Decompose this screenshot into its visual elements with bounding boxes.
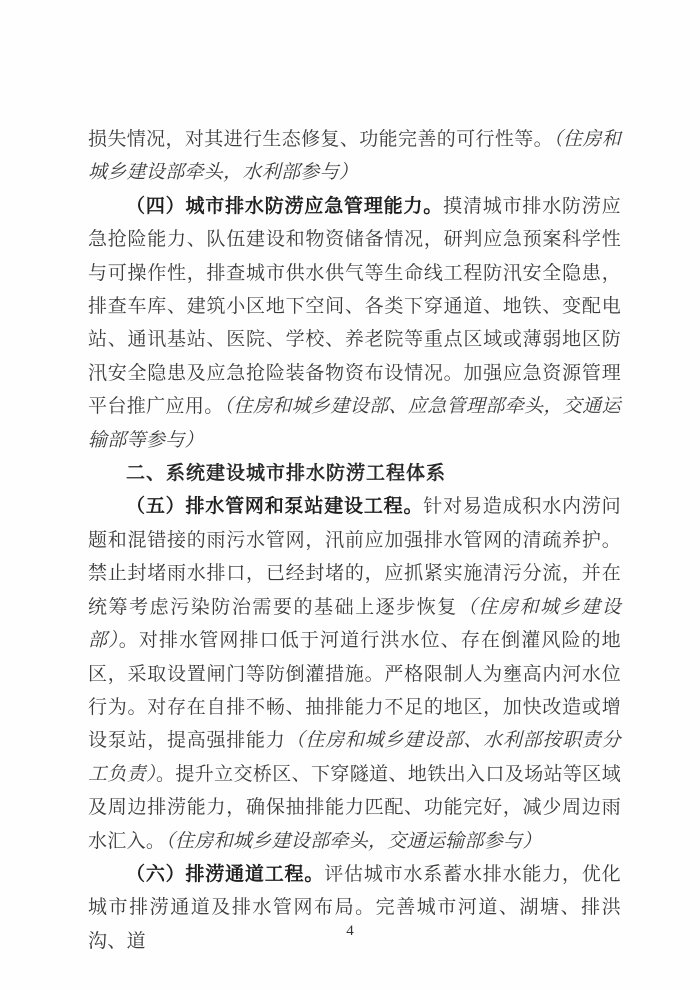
para-clause-6: （六）排涝通道工程。评估城市水系蓄水排水能力，优化城市排涝通道及排水管网布局。完… — [88, 858, 621, 958]
text-segment: 二、系统建设城市排水防涝工程体系 — [126, 463, 446, 484]
text-segment: 摸清城市排水防涝应急抢险能力、队伍建设和物资储备情况，研判应急预案科学性与可操作… — [88, 196, 621, 417]
para-continuation: 损失情况，对其进行生态修复、功能完善的可行性等。（住房和城乡建设部牵头，水利部参… — [88, 123, 621, 190]
document-page: 损失情况，对其进行生态修复、功能完善的可行性等。（住房和城乡建设部牵头，水利部参… — [0, 0, 700, 990]
text-segment: （住房和城乡建设部牵头，交通运输部参与） — [165, 831, 542, 852]
text-segment: （五）排水管网和泵站建设工程。 — [126, 496, 423, 517]
text-segment: 损失情况，对其进行生态修复、功能完善的可行性等。 — [88, 129, 553, 150]
para-clause-5: （五）排水管网和泵站建设工程。针对易造成积水内涝问题和混错接的雨污水管网，汛前应… — [88, 490, 621, 857]
document-body: 损失情况，对其进行生态修复、功能完善的可行性等。（住房和城乡建设部牵头，水利部参… — [88, 123, 621, 958]
page-number: 4 — [0, 923, 700, 940]
text-segment: （四）城市排水防涝应急管理能力。 — [126, 196, 443, 217]
para-clause-4: （四）城市排水防涝应急管理能力。摸清城市排水防涝应急抢险能力、队伍建设和物资储备… — [88, 190, 621, 457]
text-segment: （六）排涝通道工程。 — [126, 864, 324, 885]
heading-section-2: 二、系统建设城市排水防涝工程体系 — [88, 457, 621, 490]
